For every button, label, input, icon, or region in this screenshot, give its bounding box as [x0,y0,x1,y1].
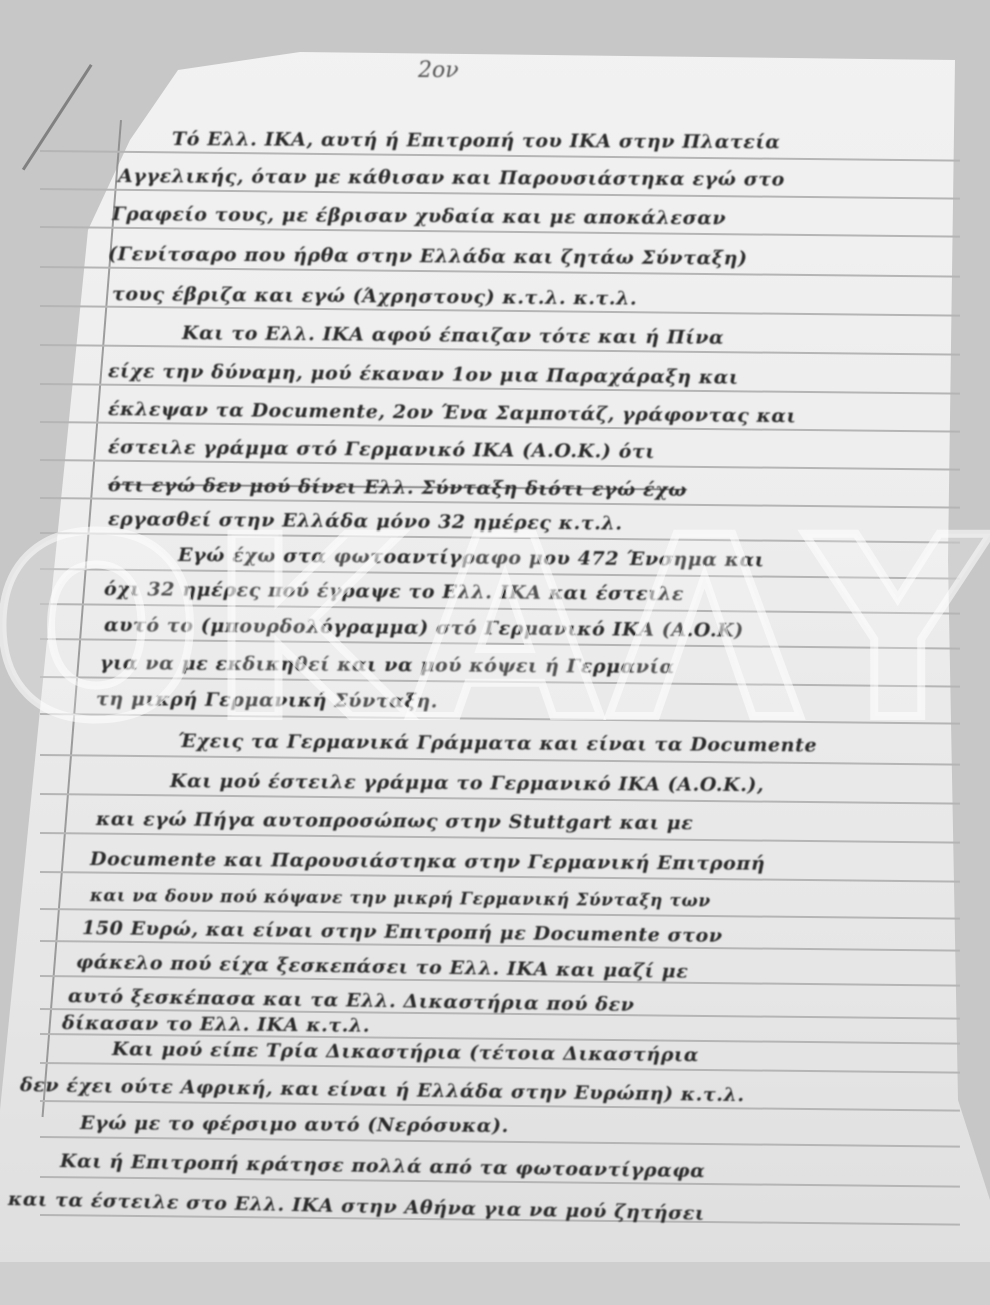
text-line: Τό Ελλ. ΙΚΑ, αυτή ή Επιτροπή του ΙΚΑ στη… [172,128,781,153]
text-line: Εγώ με το φέρσιμο αυτό (Νερόσυκα). [80,1112,509,1137]
text-line: τη μικρή Γερμανική Σύνταξη. [96,688,438,712]
text-line: (Γενίτσαρο που ήρθα στην Ελλάδα και ζητά… [108,243,748,269]
text-line: Documente και Παρουσιάστηκα στην Γερμανι… [90,848,765,875]
background-surface [0,1262,990,1305]
text-line: Έχεις τα Γερμανικά Γράμματα και είναι τα… [178,730,817,756]
text-line: Αγγελικής, όταν με κάθισαν και Παρουσιάσ… [118,165,785,190]
text-line: Και μού έστειλε γράμμα το Γερμανικό ΙΚΑ … [170,770,764,796]
text-line: εργασθεί στην Ελλάδα μόνο 32 ημέρες κ.τ.… [108,508,623,534]
text-line: Γραφείο τους, με έβρισαν χυδαία και με α… [112,203,726,229]
text-line: δίκασαν το Ελλ. ΙΚΑ κ.τ.λ. [62,1012,370,1037]
page-number: 2ον [418,58,459,83]
text-line: τους έβριζα και εγώ (Άχρηστους) κ.τ.λ. κ… [112,283,637,310]
text-line: και εγώ Πήγα αυτοπροσώπως στην Stuttgart… [96,808,694,834]
text-line: για να με εκδικηθεί και να μού κόψει ή Γ… [100,652,675,678]
folded-corner-edge [22,64,93,170]
